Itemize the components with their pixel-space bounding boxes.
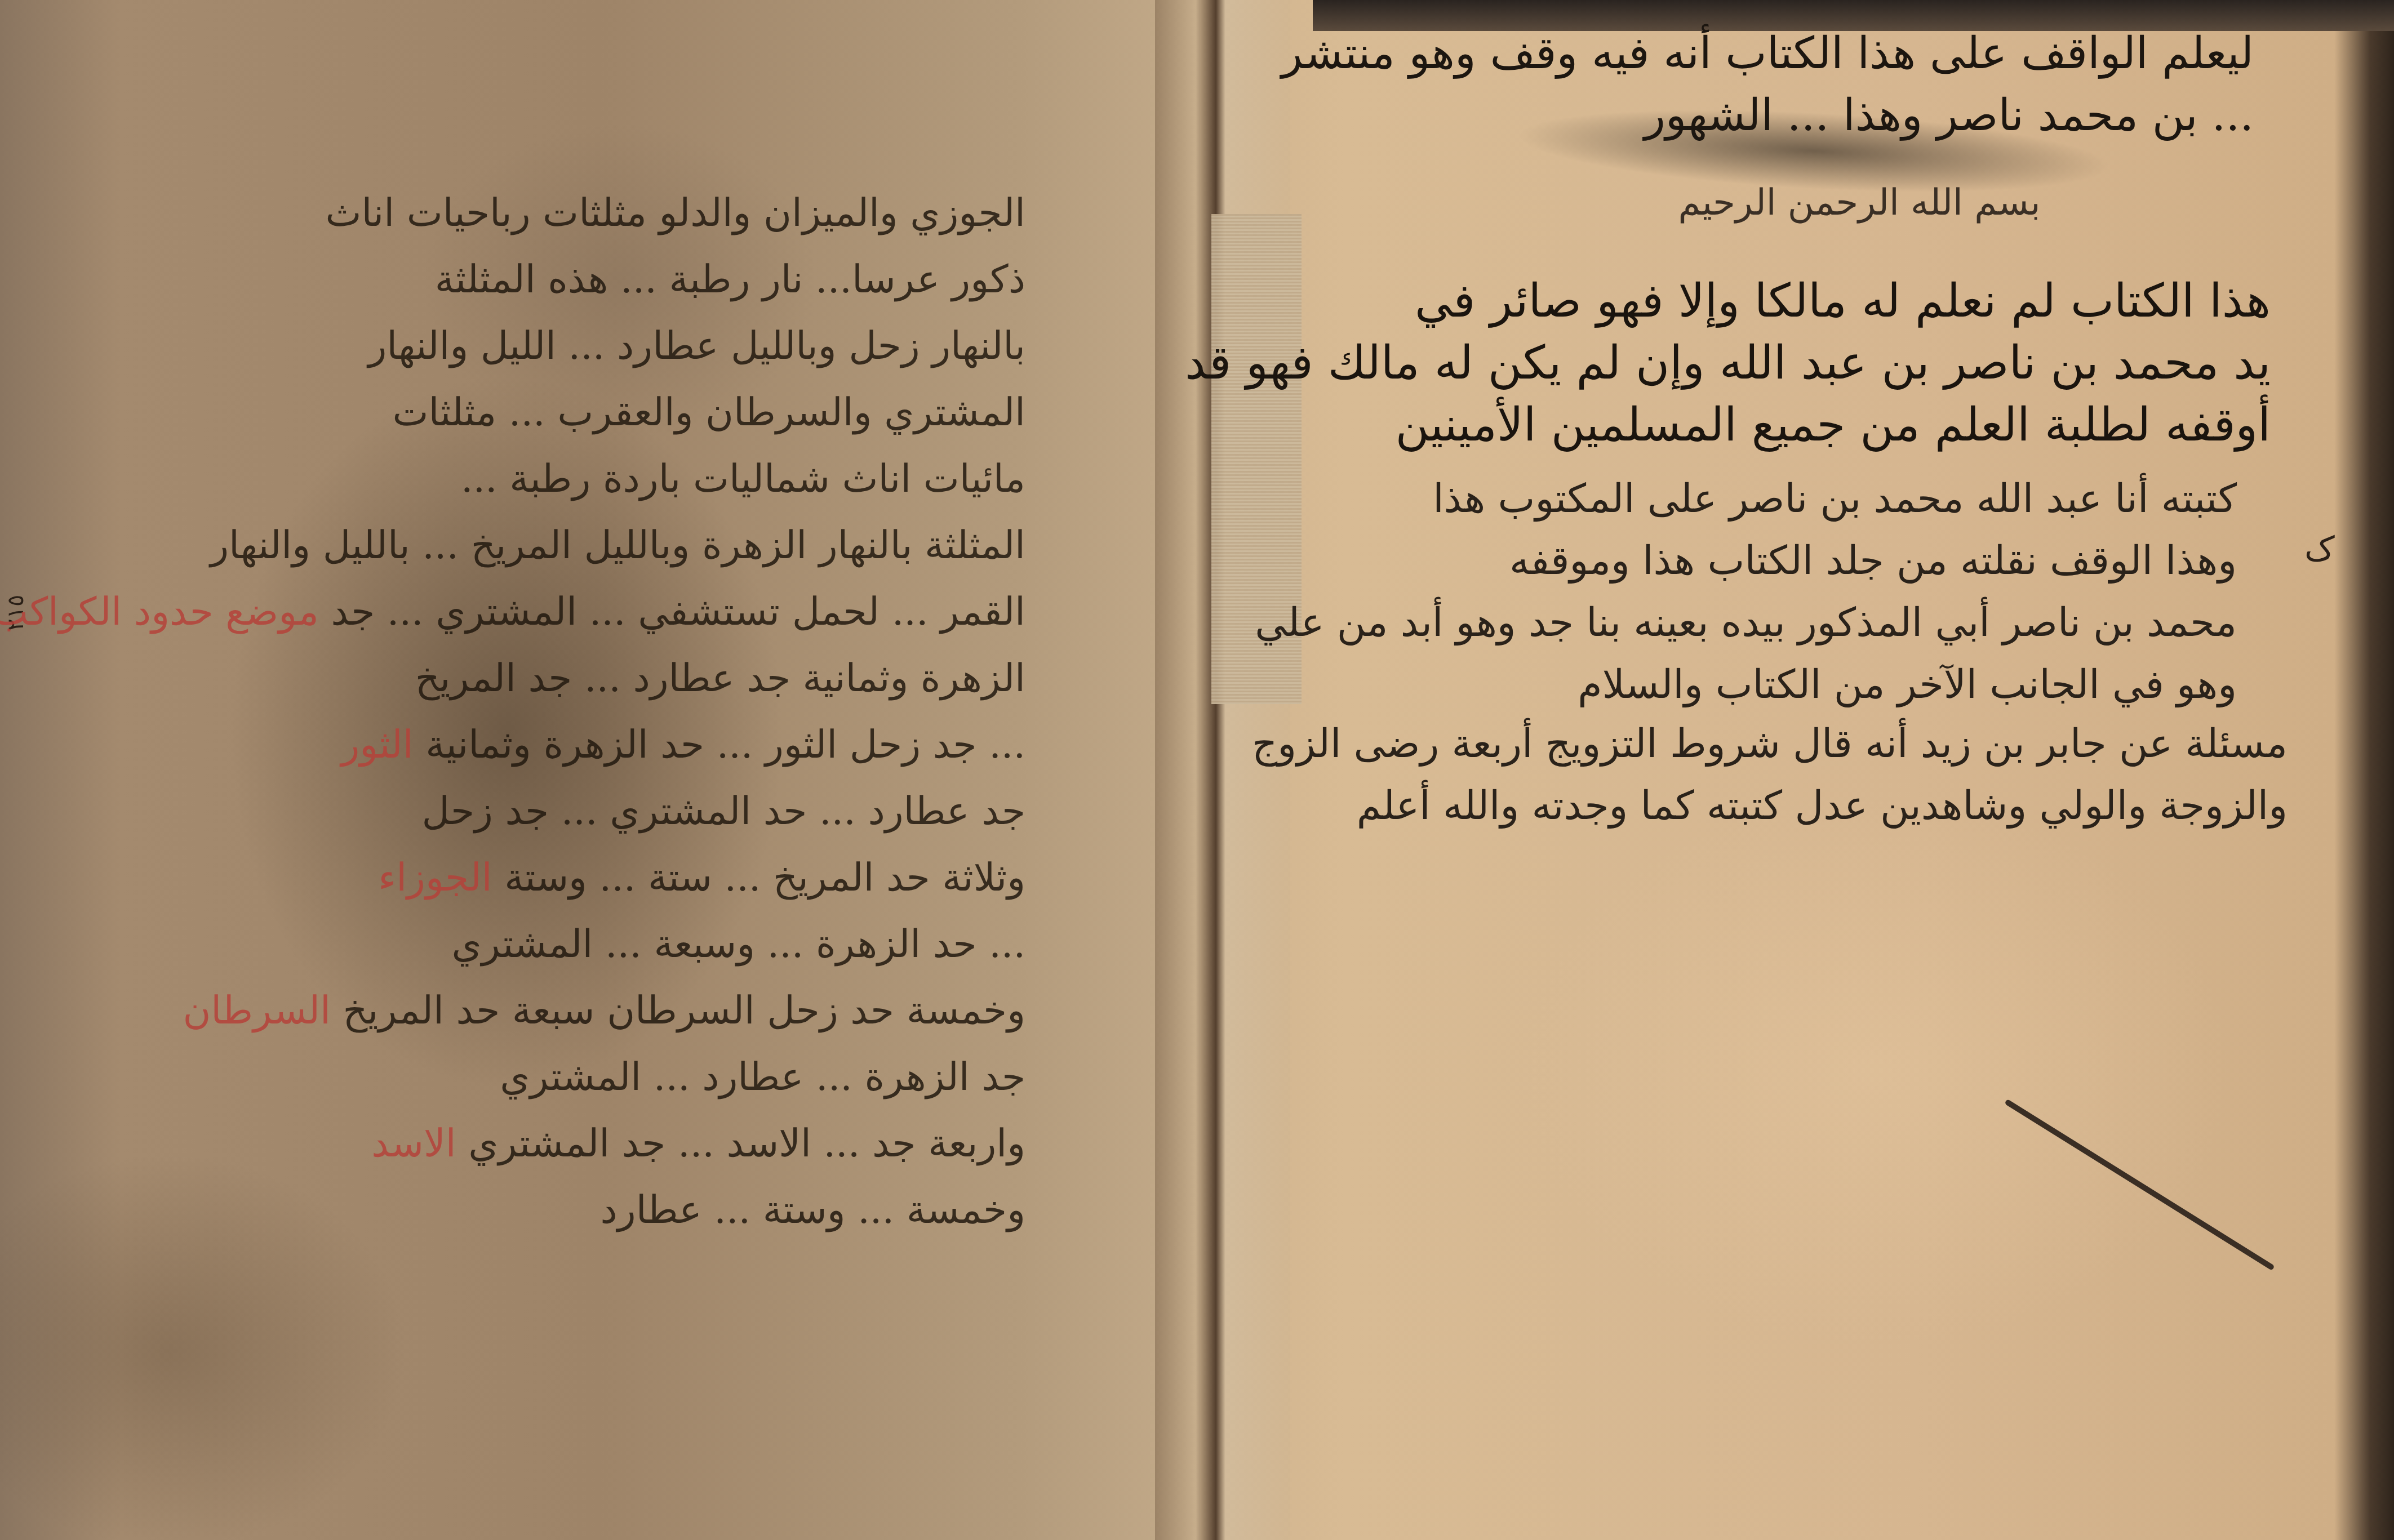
- text-line: يد محمد بن ناصر بن عبد الله وإن لم يكن ل…: [1341, 332, 2271, 394]
- text-line: ... حد الزهرة ... وسبعة ... المشتري: [237, 911, 1025, 978]
- basmala: بسم الله الرحمن الرحيم: [1634, 177, 2085, 228]
- text-line: ليعلم الواقف على هذا الكتاب أنه فيه وقف …: [1296, 23, 2254, 84]
- manuscript-spread: ٢١٥ الجوزي والميزان والدلو مثلثات رباحيا…: [0, 0, 2394, 1540]
- rubric-heading: الثور: [341, 723, 414, 767]
- masala-question-text: مسئلة عن جابر بن زيد أنه قال شروط التزوي…: [1296, 713, 2288, 836]
- text-line: وثلاثة حد المريخ ... ستة ... وستة الجوزا…: [237, 845, 1025, 911]
- text-line: واربعة جد ... الاسد ... جد المشتري الاسد: [237, 1111, 1025, 1177]
- text-line: المشتري والسرطان والعقرب ... مثلثات: [237, 380, 1025, 446]
- text-line: الزهرة وثمانية جد عطارد ... جد المريخ: [237, 646, 1025, 712]
- crossed-out-header: ليعلم الواقف على هذا الكتاب أنه فيه وقف …: [1296, 23, 2254, 146]
- rubric-heading: الاسد: [371, 1121, 456, 1166]
- text-line: جد عطارد ... حد المشتري ... جد زحل: [237, 778, 1025, 845]
- copyist-note: كتبته أنا عبد الله محمد بن ناصر على المك…: [1363, 468, 2237, 715]
- text-line: الجوزي والميزان والدلو مثلثات رباحيات ان…: [237, 180, 1025, 247]
- text-line: محمد بن ناصر أبي المذكور بيده بعينه بنا …: [1363, 591, 2237, 653]
- text-line: المثلثة بالنهار الزهرة وبالليل المريخ ..…: [237, 513, 1025, 579]
- margin-mark: ک: [2304, 529, 2335, 569]
- rubric-heading: موضع حدود الكواكب: [0, 590, 319, 634]
- text-line: ... جد زحل الثور ... حد الزهرة وثمانية ا…: [237, 712, 1025, 778]
- text-line: مائيات اناث شماليات باردة رطبة ...: [237, 446, 1025, 513]
- text-line: والزوجة والولي وشاهدين عدل كتبته كما وجد…: [1296, 775, 2288, 836]
- text-line: جد الزهرة ... عطارد ... المشتري: [237, 1044, 1025, 1111]
- waqf-endowment-text: هذا الكتاب لم نعلم له مالكا وإلا فهو صائ…: [1341, 270, 2271, 456]
- text-line: هذا الكتاب لم نعلم له مالكا وإلا فهو صائ…: [1341, 270, 2271, 332]
- rubric-heading: السرطان: [183, 989, 331, 1033]
- text-line: وخمسة ... وستة ... عطارد: [237, 1177, 1025, 1244]
- text-line: وهو في الجانب الآخر من الكتاب والسلام: [1363, 653, 2237, 715]
- text-line: ... بن محمد ناصر وهذا ... الشهور: [1296, 84, 2254, 146]
- text-line: ذكور عرسا... نار رطبة ... هذه المثلثة: [237, 247, 1025, 313]
- text-line: وخمسة حد زحل السرطان سبعة حد المريخ السر…: [237, 978, 1025, 1044]
- text-line: كتبته أنا عبد الله محمد بن ناصر على المك…: [1363, 468, 2237, 529]
- text-line: وهذا الوقف نقلته من جلد الكتاب هذا وموقف…: [1363, 529, 2237, 591]
- left-page-text: الجوزي والميزان والدلو مثلثات رباحيات ان…: [237, 180, 1025, 1244]
- text-line: أوقفه لطلبة العلم من جميع المسلمين الأمي…: [1341, 394, 2271, 456]
- rubric-heading: الجوزاء: [378, 856, 492, 900]
- text-line: القمر ... لحمل تستشفي ... المشتري ... جد…: [237, 579, 1025, 646]
- text-line: مسئلة عن جابر بن زيد أنه قال شروط التزوي…: [1296, 713, 2288, 775]
- text-line: بالنهار زحل وبالليل عطارد ... الليل والن…: [237, 313, 1025, 380]
